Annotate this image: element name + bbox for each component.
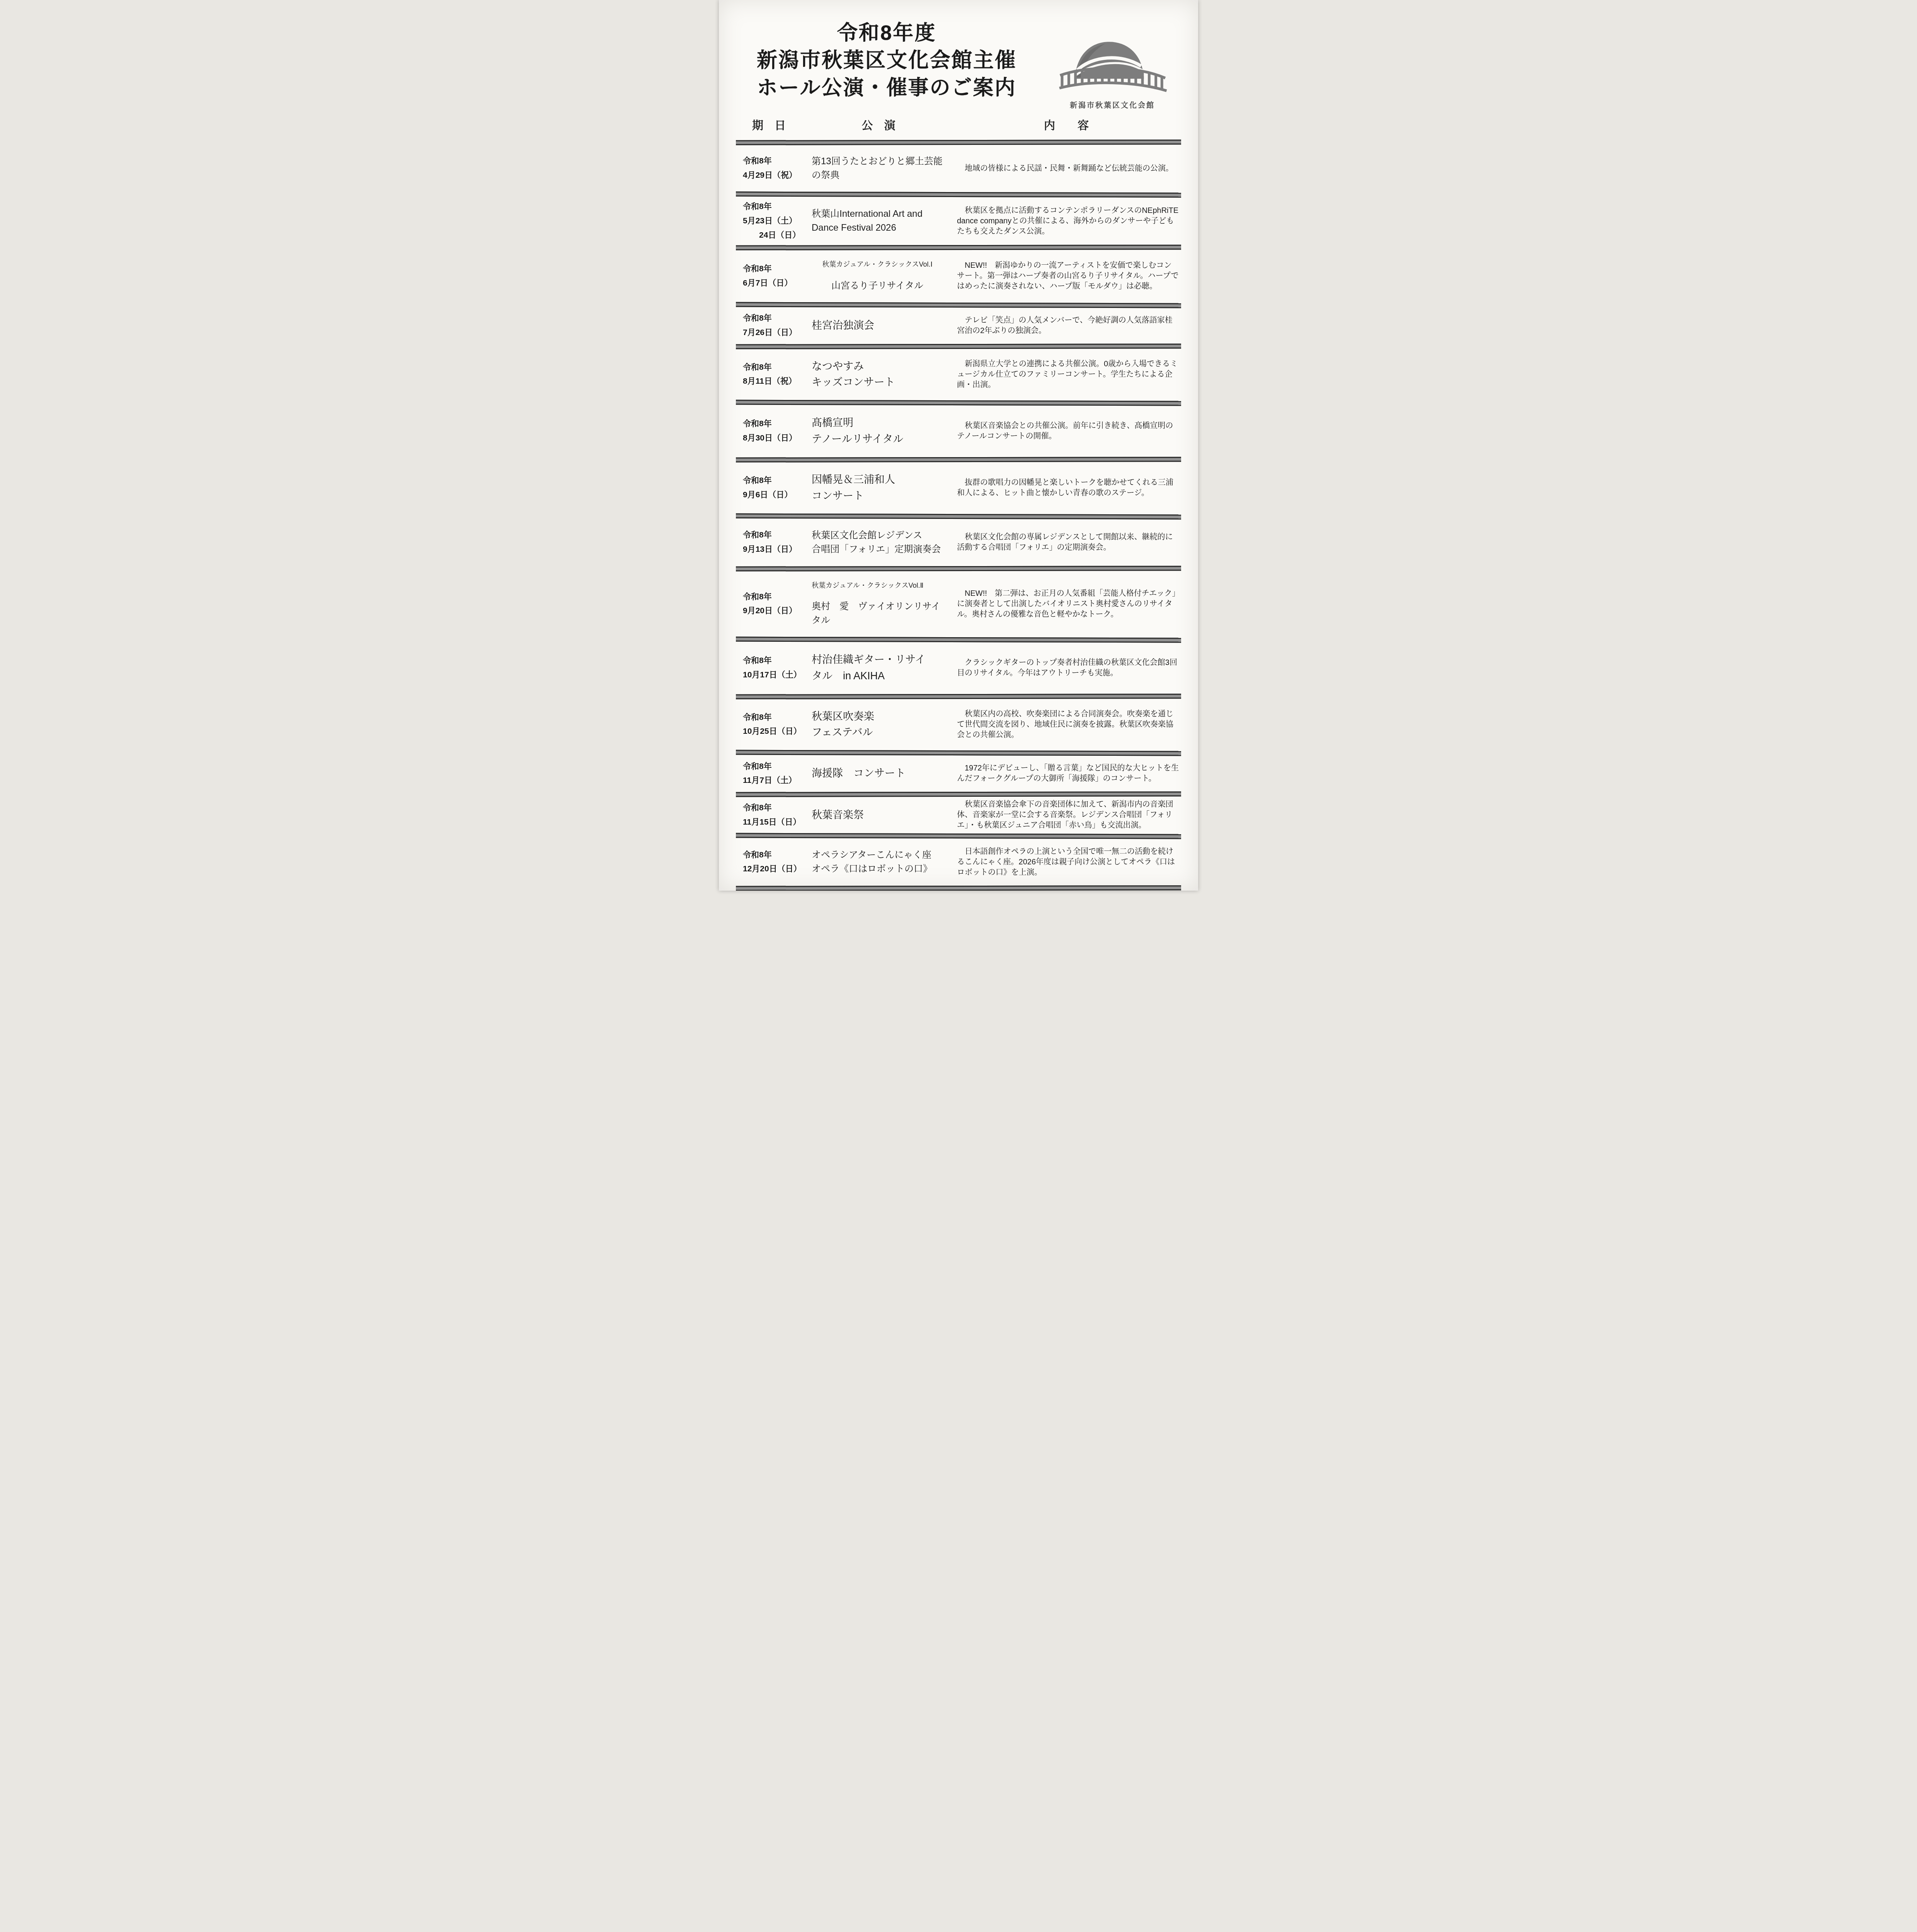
table-header: 期 日 公 演 内 容 xyxy=(736,114,1181,140)
event-row-takahashi-tenor: 令和8年 8月30日（日） 髙橋宣明 テノールリサイタル 秋葉区音楽協会との共催… xyxy=(736,405,1181,457)
event-title-text: 因幡晃＆三浦和人 コンサート xyxy=(812,472,948,504)
event-description: NEW!! 第二弾は、お正月の人気番組「芸能人格付チエック」に演奏者として出演し… xyxy=(952,588,1181,620)
event-title: 秋葉音楽祭 xyxy=(805,800,952,830)
column-header-content: 内 容 xyxy=(952,117,1181,133)
event-row-casual-classics-1: 令和8年 6月7日（日） 秋葉カジュアル・クラシックスVol.Ⅰ 山宮るり子リサ… xyxy=(736,250,1181,302)
event-description: 日本語創作オペラの上演という全国で唯一無二の活動を続けるこんにゃく座。2026年… xyxy=(952,847,1181,878)
event-title-text: 村治佳織ギター・リサイ タル in AKIHA xyxy=(812,652,948,684)
row-divider xyxy=(736,886,1181,891)
event-description: 秋葉区を拠点に活動するコンテンポラリーダンスのNEphRiTE dance co… xyxy=(952,206,1181,237)
event-date: 令和8年 7月26日（日） xyxy=(736,311,805,340)
title-line-organizer: 新潟市秋葉区文化会館主催 xyxy=(757,47,1016,74)
masthead: 令和8年度 新潟市秋葉区文化会館主催 ホール公演・催事のご案内 xyxy=(719,0,1198,104)
event-description: テレビ「笑点」の人気メンバーで、今絶好調の人気落語家桂宮治の2年ぶりの独演会。 xyxy=(952,315,1181,336)
event-row-kids-concert: 令和8年 8月11日（祝） なつやすみ キッズコンサート 新潟県立大学との連携に… xyxy=(736,349,1181,401)
event-date: 令和8年 4月29日（祝） xyxy=(736,154,805,183)
title-line-year: 令和8年度 xyxy=(757,19,1016,47)
title-line-guide: ホール公演・催事のご案内 xyxy=(757,74,1016,102)
event-description: 秋葉区音楽協会との共催公演。前年に引き続き、髙橋宣明のテノールコンサートの開催。 xyxy=(952,421,1181,442)
event-date: 令和8年 10月17日（土） xyxy=(736,654,805,682)
event-title: 秋葉カジュアル・クラシックスVol.Ⅱ 奥村 愛 ヴァイオリンリサイ タル xyxy=(805,574,952,634)
event-row-katsura-miyaji: 令和8年 7月26日（日） 桂宮治独演会 テレビ「笑点」の人気メンバーで、今絶好… xyxy=(736,308,1181,344)
row-divider xyxy=(736,694,1181,699)
event-description: 抜群の歌唱力の因幡晃と楽しいトークを聴かせてくれる三浦和人による、ヒット曲と懐か… xyxy=(952,478,1181,498)
event-title-text: 秋葉音楽祭 xyxy=(812,807,948,823)
event-title-text: 秋葉区吹奏楽 フェステバル xyxy=(812,709,948,741)
event-title-text: 秋葉山International Art and Dance Festival … xyxy=(812,207,948,235)
event-date: 令和8年 11月15日（日） xyxy=(736,801,805,830)
event-title: オペラシアターこんにゃく座 オペラ《口はロボットの口》 xyxy=(805,841,952,883)
event-title-text: 第13回うたとおどりと郷土芸能 の祭典 xyxy=(812,155,948,182)
event-title-text: なつやすみ キッズコンサート xyxy=(812,359,948,391)
event-title-text: 秋葉区文化会館レジデンス 合唱団「フォリエ」定期演奏会 xyxy=(812,529,948,556)
row-divider xyxy=(736,344,1181,349)
event-date: 令和8年 11月7日（土） xyxy=(736,760,805,788)
event-row-casual-classics-2: 令和8年 9月20日（日） 秋葉カジュアル・クラシックスVol.Ⅱ 奥村 愛 ヴ… xyxy=(736,571,1181,637)
event-title-text: 海援隊 コンサート xyxy=(812,765,948,782)
event-table: 期 日 公 演 内 容 令和8年 4月29日（祝） 第13回うたとおどりと郷土芸… xyxy=(736,114,1181,891)
event-series-label: 秋葉カジュアル・クラシックスVol.Ⅰ xyxy=(807,260,948,269)
event-date: 令和8年 9月6日（日） xyxy=(736,474,805,502)
event-title: 秋葉山International Art and Dance Festival … xyxy=(805,200,952,242)
event-row-brass-festival: 令和8年 10月25日（日） 秋葉区吹奏楽 フェステバル 秋葉区内の高校、吹奏楽… xyxy=(736,699,1181,751)
venue-logo: 新潟市秋葉区文化会館 xyxy=(1047,38,1178,110)
dome-hall-icon xyxy=(1047,38,1178,98)
event-series-label: 秋葉カジュアル・クラシックスVol.Ⅱ xyxy=(812,581,948,590)
venue-logo-caption: 新潟市秋葉区文化会館 xyxy=(1047,100,1178,110)
event-row-inaba-miura: 令和8年 9月6日（日） 因幡晃＆三浦和人 コンサート 抜群の歌唱力の因幡晃と楽… xyxy=(736,462,1181,514)
row-divider xyxy=(736,792,1181,798)
event-row-akiha-music-festival: 令和8年 11月15日（日） 秋葉音楽祭 秋葉区音楽協会傘下の音楽団体に加えて、… xyxy=(736,797,1181,833)
event-description: 1972年にデビューし、「贈る言葉」など国民的な大ヒットを生んだフォークグループ… xyxy=(952,763,1181,784)
event-title: 秋葉カジュアル・クラシックスVol.Ⅰ 山宮るり子リサイタル xyxy=(805,253,952,299)
event-row-art-dance-festival: 令和8年 5月23日（土） 24日（日） 秋葉山International Ar… xyxy=(736,197,1181,245)
row-divider xyxy=(736,139,1181,145)
event-date: 令和8年 9月13日（日） xyxy=(736,528,805,557)
event-row-kaientai: 令和8年 11月7日（土） 海援隊 コンサート 1972年にデビューし、「贈る言… xyxy=(736,755,1181,792)
column-header-performance: 公 演 xyxy=(805,117,952,133)
column-header-date: 期 日 xyxy=(736,117,805,133)
event-title: 因幡晃＆三浦和人 コンサート xyxy=(805,465,952,511)
event-title: 海援隊 コンサート xyxy=(805,759,952,789)
event-title: 第13回うたとおどりと郷土芸能 の祭典 xyxy=(805,148,952,189)
event-description: NEW!! 新潟ゆかりの一流アーティストを安価で楽しむコンサート。第一弾はハープ… xyxy=(952,260,1181,292)
event-title: 秋葉区文化会館レジデンス 合唱団「フォリエ」定期演奏会 xyxy=(805,522,952,563)
event-description: 地域の皆様による民謡・民舞・新舞踊など伝統芸能の公演。 xyxy=(952,163,1181,174)
event-row-folie-chorus: 令和8年 9月13日（日） 秋葉区文化会館レジデンス 合唱団「フォリエ」定期演奏… xyxy=(736,519,1181,566)
event-row-muraji-guitar: 令和8年 10月17日（土） 村治佳織ギター・リサイ タル in AKIHA ク… xyxy=(736,642,1181,694)
page-title: 令和8年度 新潟市秋葉区文化会館主催 ホール公演・催事のご案内 xyxy=(757,19,1016,102)
event-row-konnyakuza-opera: 令和8年 12月20日（日） オペラシアターこんにゃく座 オペラ《口はロボットの… xyxy=(736,838,1181,886)
event-title: 秋葉区吹奏楽 フェステバル xyxy=(805,702,952,748)
event-title-text: 山宮るり子リサイタル xyxy=(807,279,948,293)
event-description: 新潟県立大学との連携による共催公演。0歳から入場できるミュージカル仕立てのファミ… xyxy=(952,359,1181,390)
event-description: 秋葉区内の高校、吹奏楽団による合同演奏会。吹奏楽を通じて世代間交流を図り、地域住… xyxy=(952,709,1181,740)
event-title-text: 髙橋宣明 テノールリサイタル xyxy=(812,415,948,447)
event-title-text: 桂宮治独演会 xyxy=(812,318,948,334)
row-divider xyxy=(736,457,1181,463)
event-date: 令和8年 8月11日（祝） xyxy=(736,361,805,389)
event-description: 秋葉区音楽協会傘下の音楽団体に加えて、新潟市内の音楽団体、音楽家が一堂に会する音… xyxy=(952,799,1181,831)
event-date: 令和8年 9月20日（日） xyxy=(736,590,805,619)
row-divider xyxy=(736,245,1181,250)
event-description: クラシックギターのトップ奏者村治佳織の秋葉区文化会館3回目のリサイタル。今年はア… xyxy=(952,658,1181,679)
event-title-text: 奥村 愛 ヴァイオリンリサイ タル xyxy=(812,600,948,628)
event-title: 桂宮治独演会 xyxy=(805,311,952,341)
event-title: なつやすみ キッズコンサート xyxy=(805,352,952,398)
row-divider xyxy=(736,302,1181,308)
event-date: 令和8年 8月30日（日） xyxy=(736,417,805,446)
event-date: 令和8年 5月23日（土） 24日（日） xyxy=(736,200,805,242)
event-date: 令和8年 10月25日（日） xyxy=(736,711,805,739)
event-date: 令和8年 12月20日（日） xyxy=(736,848,805,877)
row-divider xyxy=(736,637,1181,643)
row-divider xyxy=(736,513,1181,519)
event-title: 村治佳織ギター・リサイ タル in AKIHA xyxy=(805,645,952,691)
flyer-page: 令和8年度 新潟市秋葉区文化会館主催 ホール公演・催事のご案内 xyxy=(719,0,1198,891)
event-date: 令和8年 6月7日（日） xyxy=(736,262,805,291)
event-description: 秋葉区文化会館の専属レジデンスとして開館以来、継続的に活動する合唱団「フォリエ」… xyxy=(952,532,1181,553)
event-row-utatoodori: 令和8年 4月29日（祝） 第13回うたとおどりと郷土芸能 の祭典 地域の皆様に… xyxy=(736,145,1181,192)
event-title-text: オペラシアターこんにゃく座 オペラ《口はロボットの口》 xyxy=(812,848,948,876)
event-title: 髙橋宣明 テノールリサイタル xyxy=(805,408,952,454)
row-divider xyxy=(736,566,1181,571)
